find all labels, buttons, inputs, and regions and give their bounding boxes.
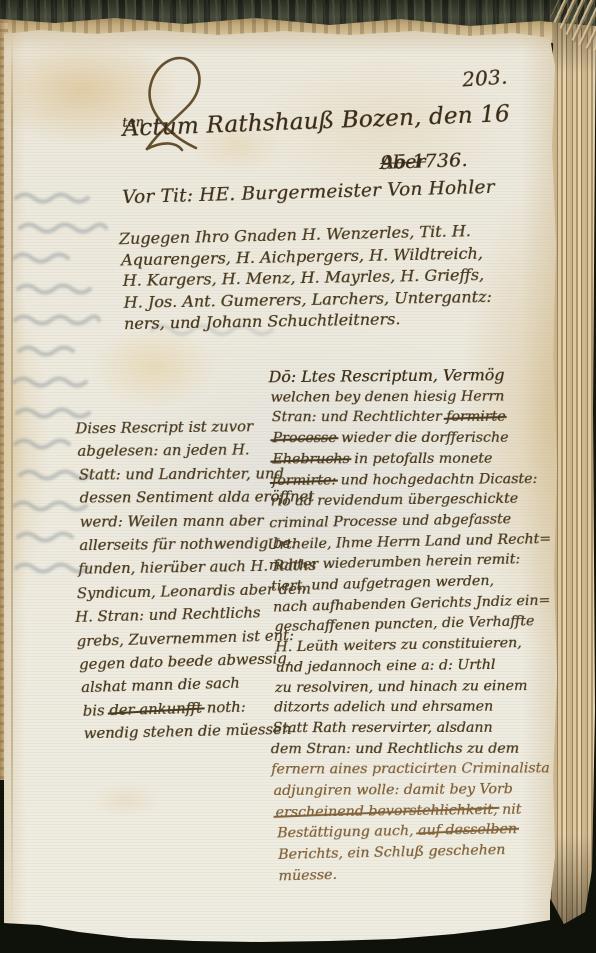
- handwriting-text: ditzorts adelich und ehrsamen: [274, 699, 493, 716]
- handwriting-text: und jedannoch eine a: d: Urthl: [275, 657, 495, 676]
- struck-text: formirte: [446, 409, 505, 425]
- manuscript-line: dem Stran: und Rechtlichs zu dem: [271, 738, 563, 759]
- struck-text: formirte:: [272, 472, 336, 488]
- struck-text: Ehebruchs: [272, 451, 349, 467]
- handwriting-text: wendig stehen die müessen: [83, 721, 291, 742]
- handwriting-text: geschaffenen puncten, die Verhaffte: [274, 614, 534, 636]
- handwriting-text: nit: [497, 801, 521, 817]
- manuscript-line: adjungiren wolle: damit bey Vorb: [273, 779, 565, 802]
- handwriting-text: zu resolviren, und hinach zu einem: [275, 678, 527, 696]
- handwriting-text: grebs, Zuvernemmen ist ent:: [76, 627, 294, 650]
- handwriting-text: gegen dato beede abwessig,: [79, 650, 292, 673]
- manuscript-scan: 203. Actum Rathshauß Bozen, den 16ten 9b…: [0, 0, 596, 953]
- handwriting-text: ners, und Johann Schuchtleitners.: [124, 309, 401, 333]
- manuscript-line: Statt Rath reservirter, alsdann: [273, 718, 565, 739]
- manuscript-line: Processe wieder die dorfferische: [272, 428, 564, 449]
- handwriting-text: müesse.: [278, 867, 337, 884]
- manuscript-line: und jedannoch eine a: d: Urthl: [275, 654, 567, 679]
- manuscript-line: zu resolviren, und hinach zu einem: [275, 675, 567, 698]
- handwriting-text: H. Stran: und Rechtlichs: [75, 605, 261, 627]
- attendance-paragraph: Zugegen Ihro Gnaden H. Wenzerles, Tit. H…: [115, 219, 498, 337]
- struck-text: Processe: [272, 430, 336, 446]
- handwriting-text: werd: Weilen mann aber: [80, 512, 264, 530]
- handwriting-text: H. Leüth weiters zu constituieren,: [275, 635, 522, 655]
- handwriting-text: in petofalls monete: [350, 451, 493, 467]
- handwriting-text: wieder die dorfferische: [337, 430, 509, 446]
- handwriting-text: Berichts, ein Schluß geschehen: [278, 842, 505, 863]
- handwriting-text: Statt: und Landrichter, und: [79, 465, 284, 483]
- handwriting-text: alshat mann die sach: [81, 675, 240, 697]
- handwriting-text: adjungiren wolle: damit bey Vorb: [273, 781, 512, 799]
- manuscript-line: Ehebruchs in petofalls monete: [272, 448, 564, 470]
- year-text: Aō 1736.: [380, 149, 468, 174]
- handwriting-text: Bestättigung auch,: [277, 823, 418, 842]
- handwriting-text: dem Stran: und Rechtlichs zu dem: [271, 740, 519, 756]
- manuscript-line: Dō: Ltes Rescriptum, Vermög: [268, 365, 560, 388]
- handwriting-text: fernern aines practicirten Criminalista: [271, 761, 550, 778]
- struck-text: erscheinend bevorstehlichkeit,: [275, 802, 497, 821]
- manuscript-line: ditzorts adelich und ehrsamen: [274, 697, 566, 719]
- handwriting-text: bis: [82, 702, 109, 720]
- handwriting-text: Dises Rescript ist zuvor: [75, 418, 253, 437]
- handwriting-text: rio ad revidendum übergeschickte: [271, 491, 519, 510]
- manuscript-line: welchen bey denen hiesig Herrn: [270, 386, 562, 408]
- struck-text: der ankunfft: [109, 700, 202, 719]
- handwriting-text: Dō: Ltes Rescriptum, Vermög: [268, 365, 504, 386]
- handwriting-text: tiert, und aufgetragen werden,: [271, 573, 494, 595]
- struck-text: auf desselben: [418, 822, 517, 840]
- manuscript-page: 203. Actum Rathshauß Bozen, den 16ten 9b…: [4, 26, 560, 947]
- manuscript-line: Stran: und Rechtlichter formirte: [272, 407, 564, 428]
- handwriting-text: und hochgedachtn Dicaste:: [336, 471, 537, 488]
- handwriting-text: allerseits für nothwendig be:: [79, 535, 296, 554]
- page-number: 203.: [461, 64, 508, 91]
- manuscript-line: fernern aines practicirten Criminalista: [271, 759, 563, 781]
- handwriting-text: abgelesen: an jeden H.: [77, 442, 249, 460]
- salutation-line: Vor Tit: HE. Burgermeister Von Hohler: [122, 177, 495, 208]
- handwriting-text: Statt Rath reservirter, alsdann: [273, 720, 493, 736]
- handwriting-text: criminal Processe und abgefasste: [269, 511, 511, 531]
- ordinal-suffix: ten: [122, 115, 144, 131]
- handwriting-text: noth:: [202, 699, 246, 717]
- handwriting-text: welchen bey denen hiesig Herrn: [270, 388, 504, 405]
- handwriting-text: Stran: und Rechtlichter: [272, 409, 446, 425]
- main-text-column: Dō: Ltes Rescriptum, Vermögwelchen bey d…: [264, 364, 563, 886]
